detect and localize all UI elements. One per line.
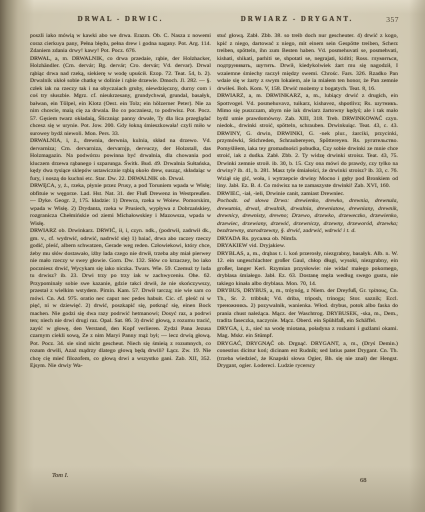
dictionary-entry-paragraph: DRWALNIA, i, ż., drewnia, derwnia, kulni… (30, 138, 211, 183)
header-right-title: DRWIARZ - DRYGANT. (217, 15, 377, 23)
right-text-column: stuć głową. Zabł. Zbb. 38. so treib doch… (217, 33, 398, 469)
volume-signature: Tom I. (52, 472, 68, 479)
dictionary-entry-paragraph: Pochodz. od słowa Drwa: drewienko, drewk… (217, 198, 398, 236)
running-header: DRWAL - DRWIC. DRWIARZ - DRYGANT. 357 (0, 15, 425, 28)
dictionary-entry-paragraph: stuć głową. Zabł. Zbb. 38. so treib doch… (217, 33, 398, 93)
dictionary-entry-paragraph: DRYADA Rs. русалка ob. Nimfa. (217, 236, 398, 244)
dictionary-entry-paragraph: DRWIARZ, a, m. DRWINKARZ, a, m., lubiący… (217, 93, 398, 191)
dictionary-entry-paragraph: DRYBLAS, a, m., drąbas t. i. koń przeros… (217, 251, 398, 289)
sheet-signature: 68 (360, 477, 367, 484)
dictionary-entry-paragraph: DRWAL, a, m. DRWALNIK, co drwa przedaie,… (30, 56, 211, 139)
dictionary-entry-paragraph: DRYGA, i, ż., sieć na wodę miotana, poła… (217, 326, 398, 341)
dictionary-entry-paragraph: poszli iako mówią w kawki abo we drwa. E… (30, 33, 211, 56)
left-text-column: poszli iako mówią w kawki abo we drwa. E… (30, 33, 211, 469)
page-number: 357 (386, 15, 399, 24)
dictionary-entry-paragraph: DRYAKIEW vid. Dryjakiew. (217, 243, 398, 251)
dictionary-entry-paragraph: DRWIARZ ob. Drwinkarz. DRWIĆ, ił, i, czy… (30, 228, 211, 371)
dictionary-entry-paragraph: DRWĘCA, y, ż., rzeka, płynie przez Prusy… (30, 183, 211, 228)
dictionary-entry-paragraph: DRWIEC, -iał, -ieli, Drwinie canit, zami… (217, 191, 398, 199)
dictionary-entry-paragraph: DRYBUS, DRYBUS, a, m., tróynóg, z Niem. … (217, 288, 398, 326)
scanned-dictionary-page: DRWAL - DRWIC. DRWIARZ - DRYGANT. 357 po… (0, 0, 425, 512)
header-left-title: DRWAL - DRWIC. (30, 15, 211, 23)
dictionary-entry-paragraph: DRYGAĆ, DRYGNĄĆ ob. Drgnąć. DRYGANT, a, … (217, 341, 398, 371)
